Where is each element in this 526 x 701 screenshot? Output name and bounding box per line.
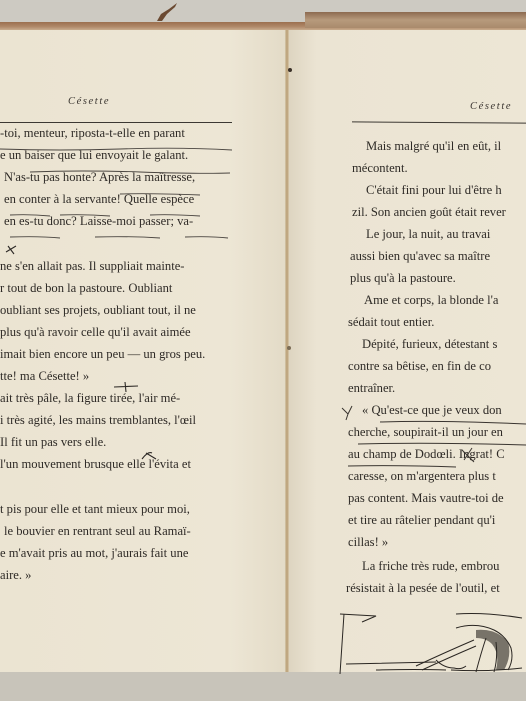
torn-spine-fragment-icon [155, 2, 179, 22]
ink-sketch-man-pulling [336, 608, 526, 678]
text-line: contre sa bêtise, en fin de co [348, 360, 491, 373]
text-line: cillas! » [348, 536, 388, 549]
text-line: Il fit un pas vers elle. [0, 436, 106, 449]
book-top-edge-torn [305, 12, 526, 28]
pencil-underlines-right [340, 400, 526, 470]
text-line: plus qu'à ravoir celle qu'il avait aimée [0, 326, 191, 339]
text-line: entraîner. [348, 382, 395, 395]
text-line: pas content. Mais vautre-toi de [348, 492, 504, 505]
text-line: -toi, menteur, riposta-t-elle en parant [0, 127, 185, 140]
text-line: e m'avait pris au mot, j'aurais fait une [0, 547, 189, 560]
text-line: le bouvier en rentrant seul au Ramaï- [4, 525, 191, 538]
text-line: t pis pour elle et tant mieux pour moi, [0, 503, 190, 516]
text-line: aire. » [0, 569, 31, 582]
right-running-head: Césette [470, 101, 512, 112]
text-line: zil. Son ancien goût était rever [352, 206, 506, 219]
text-line: plus qu'à la pastoure. [350, 272, 456, 285]
cross-mark-icon [110, 380, 150, 394]
text-line: et tire au râtelier pendant qu'i [348, 514, 495, 527]
text-line: aussi bien qu'avec sa maître [350, 250, 490, 263]
text-line: i très agité, les mains tremblantes, l'œ… [0, 414, 196, 427]
text-line: ne s'en allait pas. Il suppliait mainte- [0, 260, 184, 273]
text-line: résistait à la pesée de l'outil, et [346, 582, 500, 595]
text-line: caresse, on m'argentera plus t [348, 470, 496, 483]
left-running-head: Césette [68, 96, 110, 107]
left-head-rule [0, 122, 232, 123]
text-line: C'était fini pour lui d'être h [366, 184, 502, 197]
text-line: l'un mouvement brusque elle l'évita et [0, 458, 191, 471]
x-mark-icon [140, 449, 160, 463]
binding-holes [286, 60, 294, 360]
text-line: Dépité, furieux, détestant s [362, 338, 497, 351]
text-line: La friche très rude, embrou [362, 560, 499, 573]
right-page [288, 30, 526, 672]
text-line: ait très pâle, la figure tirée, l'air mé… [0, 392, 180, 405]
text-line: oubliant ses projets, oubliant tout, il … [0, 304, 196, 317]
x-mark-icon [6, 246, 16, 254]
text-line: tte! ma Césette! » [0, 370, 89, 383]
text-line: r tout de bon la pastoure. Oubliant [0, 282, 172, 295]
x-mark-icon [462, 448, 474, 462]
text-line: imait bien encore un peu — un gros peu. [0, 348, 205, 361]
text-line: Mais malgré qu'il en eût, il [366, 140, 501, 153]
pencil-underlines-left [0, 140, 240, 260]
text-line: sédait tout entier. [348, 316, 434, 329]
text-line: Ame et corps, la blonde l'a [364, 294, 498, 307]
x-mark-icon [342, 406, 352, 420]
text-line: mécontent. [352, 162, 408, 175]
text-line: Le jour, la nuit, au travai [366, 228, 490, 241]
